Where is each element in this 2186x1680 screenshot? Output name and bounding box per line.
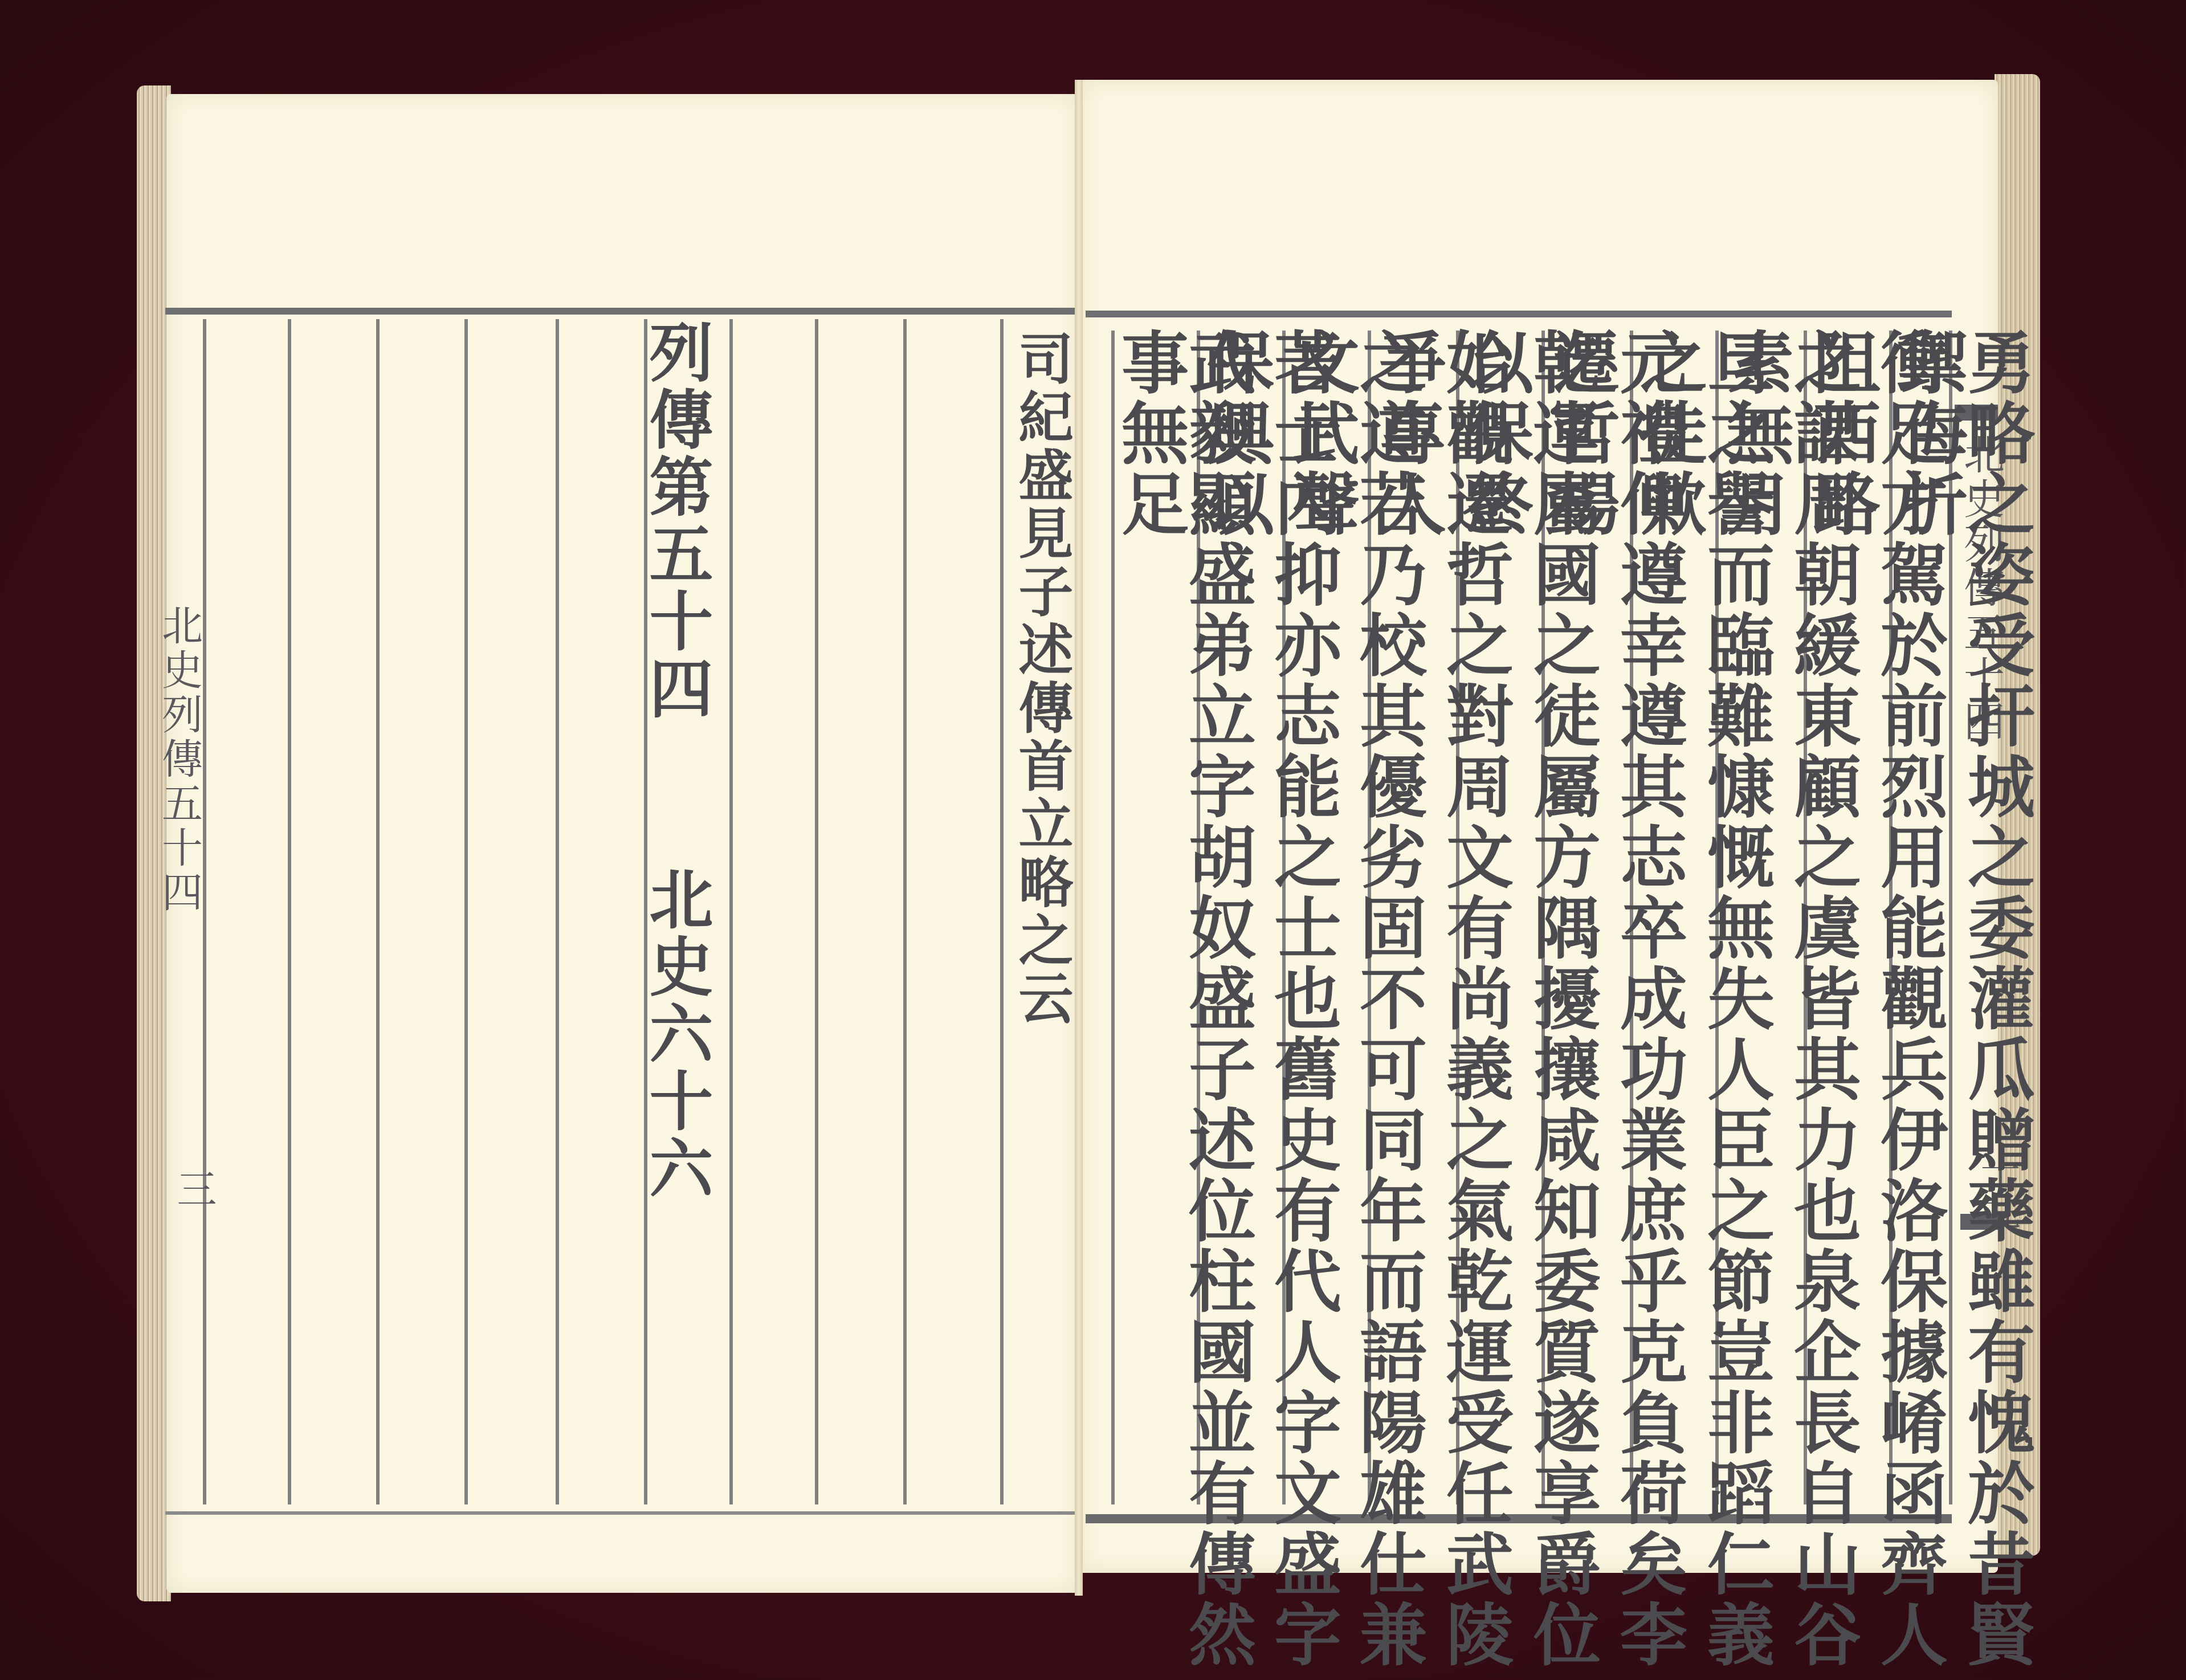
left-margin-label: 北史列傳五十四 bbox=[158, 604, 199, 915]
book-gutter bbox=[1075, 80, 1083, 1596]
left-column-closing-note: 司紀盛見子述傳首立略之云 bbox=[1014, 331, 1069, 1028]
volume-tail-label: 北史六十六 bbox=[644, 866, 708, 1202]
left-margin-page-number: 三 bbox=[165, 1168, 223, 1208]
text-column-10: 武毅顯盛弟立字胡奴盛子述位柱國並有傳然事無足 bbox=[1116, 328, 1250, 1680]
left-page-frame bbox=[165, 308, 1075, 1515]
chapter-heading: 列傳第五十四 bbox=[644, 319, 708, 723]
